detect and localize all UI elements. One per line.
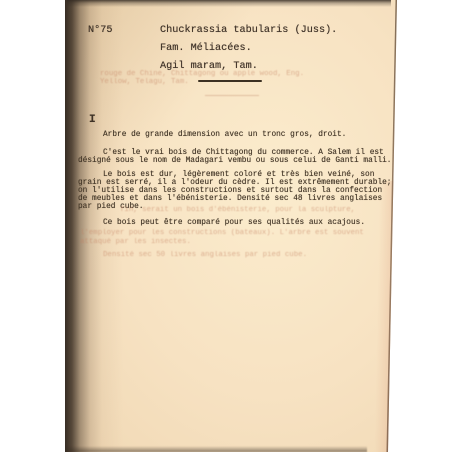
entry-number: N°75	[88, 25, 112, 36]
body-line: grain est serré, il a l'odeur du cèdre. …	[78, 179, 392, 187]
scanned-document: N°75 Chuckrassia tabularis (Juss). Fam. …	[0, 0, 452, 452]
body-line: Arbre de grande dimension avec un tronc …	[103, 131, 346, 139]
ghost-divider-rule	[205, 95, 259, 96]
body-line: Ce bois peut être comparé pour ses quali…	[103, 219, 365, 227]
body-line: de meubles et dans l'ébénisterie. Densit…	[78, 195, 382, 203]
ghost-line: rouge de Chine, Chittagong ou apple wood…	[100, 70, 304, 78]
ghost-line: attaqué par les insectes.	[80, 238, 191, 246]
family-line: Fam. Méliacées.	[160, 43, 252, 54]
body-line: C'est le vrai bois de Chittagong du comm…	[103, 149, 384, 157]
species-title: Chuckrassia tabularis (Juss).	[160, 25, 337, 36]
body-line: on l'utilise dans les constructions et s…	[78, 187, 382, 195]
ghost-line: l'employer pour les constructions (batea…	[80, 229, 364, 237]
book-page-photo: N°75 Chuckrassia tabularis (Juss). Fam. …	[65, 0, 397, 452]
body-line: désigné sous le nom de Madagari vembu ou…	[78, 157, 392, 165]
section-numeral: I	[89, 116, 96, 124]
divider-rule	[198, 80, 262, 82]
page-content: N°75 Chuckrassia tabularis (Juss). Fam. …	[65, 0, 397, 452]
ghost-line: Yellow, Telagu, Tam.	[100, 78, 189, 86]
ghost-line: Densité sec 50 livres anglaises par pied…	[103, 251, 307, 259]
body-line: Le bois est dur, légèrement coloré et tr…	[103, 171, 374, 179]
ghost-line: fin, serait un bois d'ébénisterie, pour …	[120, 206, 355, 214]
